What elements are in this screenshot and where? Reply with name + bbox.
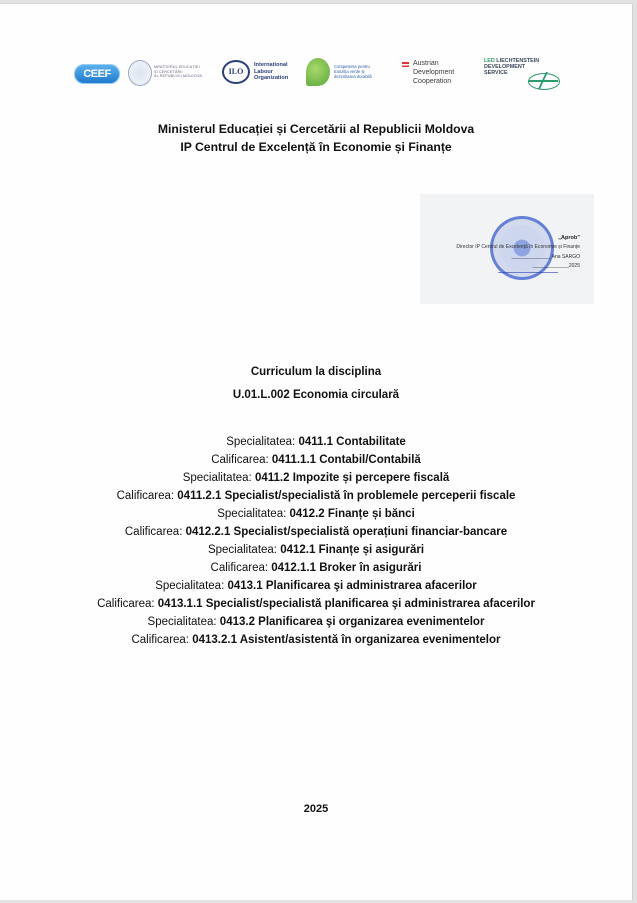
curriculum-title: Curriculum la disciplina bbox=[0, 361, 632, 384]
qualification-line: Specialitatea: 0411.2 Impozite și percep… bbox=[0, 469, 632, 487]
ministry-logo-text: MINISTERUL EDUCAȚIEI ȘI CERCETĂRII AL RE… bbox=[154, 65, 202, 79]
green-skills-logo: Competențe pentru tranziția verde și dez… bbox=[306, 56, 396, 92]
ilo-emblem-icon: ILO bbox=[222, 60, 250, 84]
qualification-line: Calificarea: 0413.2.1 Asistent/asistentă… bbox=[0, 631, 632, 649]
qualification-value: 0412.2 Finanțe și bănci bbox=[289, 508, 414, 520]
institution-header: Ministerul Educației și Cercetării al Re… bbox=[0, 120, 632, 156]
qualification-value: 0412.2.1 Specialist/specialistă operațiu… bbox=[186, 526, 508, 538]
qualification-value: 0411.1 Contabilitate bbox=[298, 436, 405, 448]
qualification-line: Calificarea: 0413.1.1 Specialist/special… bbox=[0, 595, 632, 613]
qualification-value: 0411.2.1 Specialist/specialistă în probl… bbox=[177, 490, 515, 502]
qualification-value: 0411.1.1 Contabil/Contabilă bbox=[272, 454, 421, 466]
globe-icon bbox=[528, 73, 560, 90]
qualification-value: 0413.2.1 Asistent/asistentă în organizar… bbox=[192, 634, 500, 646]
qualification-label: Calificarea: bbox=[211, 562, 272, 574]
curriculum-title-block: Curriculum la disciplina U.01.L.002 Econ… bbox=[0, 361, 632, 407]
qualification-label: Specialitatea: bbox=[217, 508, 289, 520]
ceef-logo: CEEF bbox=[74, 64, 120, 84]
qualification-line: Specialitatea: 0413.2 Planificarea şi or… bbox=[0, 613, 632, 631]
qualification-label: Calificarea: bbox=[131, 634, 192, 646]
qualification-label: Specialitatea: bbox=[148, 616, 220, 628]
qualification-line: Specialitatea: 0411.1 Contabilitate bbox=[0, 433, 632, 451]
austrian-development-logo: Austrian Development Cooperation bbox=[402, 56, 477, 92]
document-page: CEEF MINISTERUL EDUCAȚIEI ȘI CERCETĂRII … bbox=[0, 3, 633, 900]
qualifications-list: Specialitatea: 0411.1 ContabilitateCalif… bbox=[0, 433, 632, 649]
qualification-label: Specialitatea: bbox=[155, 580, 227, 592]
institution-name: IP Centrul de Excelență în Economie și F… bbox=[0, 138, 632, 156]
partner-logos: CEEF MINISTERUL EDUCAȚIEI ȘI CERCETĂRII … bbox=[72, 56, 572, 92]
qualification-value: 0413.1.1 Specialist/specialistă planific… bbox=[158, 598, 535, 610]
approval-director: Director IP Centrul de Excelență în Econ… bbox=[456, 244, 580, 250]
qualification-line: Specialitatea: 0412.1 Finanțe și asigură… bbox=[0, 541, 632, 559]
qualification-label: Specialitatea: bbox=[183, 472, 255, 484]
qualification-label: Calificarea: bbox=[125, 526, 186, 538]
qualification-value: 0411.2 Impozite și percepere fiscală bbox=[255, 472, 449, 484]
discipline-code: U.01.L.002 Economia circulară bbox=[0, 384, 632, 407]
green-skills-logo-text: Competențe pentru tranziția verde și dez… bbox=[334, 64, 372, 80]
document-year: 2025 bbox=[0, 803, 632, 815]
qualification-line: Calificarea: 0411.1.1 Contabil/Contabilă bbox=[0, 451, 632, 469]
qualification-value: 0413.1 Planificarea şi administrarea afa… bbox=[227, 580, 476, 592]
led-logo: LED LIECHTENSTEIN DEVELOPMENT SERVICE bbox=[484, 56, 569, 92]
led-logo-text: LED LIECHTENSTEIN DEVELOPMENT SERVICE bbox=[484, 58, 539, 76]
qualification-line: Calificarea: 0412.1.1 Broker în asigurăr… bbox=[0, 559, 632, 577]
ilo-logo-text: International Labour Organization bbox=[254, 62, 288, 82]
qualification-label: Calificarea: bbox=[211, 454, 272, 466]
ministry-logo: MINISTERUL EDUCAȚIEI ȘI CERCETĂRII AL RE… bbox=[128, 56, 213, 92]
qualification-label: Specialitatea: bbox=[226, 436, 298, 448]
austrian-flag-icon bbox=[402, 62, 409, 67]
qualification-value: 0413.2 Planificarea şi organizarea eveni… bbox=[220, 616, 485, 628]
qualification-value: 0412.1 Finanțe și asigurări bbox=[280, 544, 424, 556]
qualification-label: Calificarea: bbox=[97, 598, 158, 610]
approval-name: ______________ Ana SARGO bbox=[512, 254, 580, 260]
approval-title: „Aprob” bbox=[558, 235, 580, 241]
qualification-label: Calificarea: bbox=[117, 490, 178, 502]
approval-date: _____________2025 bbox=[533, 263, 580, 269]
leaf-icon bbox=[306, 58, 330, 86]
austrian-development-logo-text: Austrian Development Cooperation bbox=[413, 59, 454, 86]
qualification-value: 0412.1.1 Broker în asigurări bbox=[271, 562, 421, 574]
ministry-seal-icon bbox=[128, 60, 152, 86]
qualification-line: Specialitatea: 0413.1 Planificarea şi ad… bbox=[0, 577, 632, 595]
qualification-line: Calificarea: 0411.2.1 Specialist/special… bbox=[0, 487, 632, 505]
ilo-logo: ILO International Labour Organization bbox=[222, 56, 302, 92]
qualification-line: Calificarea: 0412.2.1 Specialist/special… bbox=[0, 523, 632, 541]
ministry-name: Ministerul Educației și Cercetării al Re… bbox=[0, 120, 632, 138]
qualification-line: Specialitatea: 0412.2 Finanțe și bănci bbox=[0, 505, 632, 523]
qualification-label: Specialitatea: bbox=[208, 544, 280, 556]
approval-stamp-block: „Aprob” Director IP Centrul de Excelență… bbox=[420, 194, 594, 304]
